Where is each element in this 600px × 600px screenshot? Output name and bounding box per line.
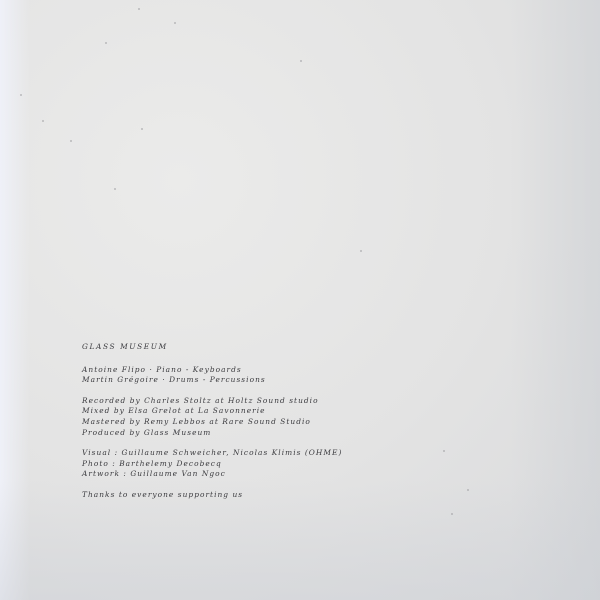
band-name: GLASS MUSEUM	[82, 342, 342, 353]
paper-speck	[70, 140, 72, 142]
production-credits: Recorded by Charles Stoltz at Holtz Soun…	[82, 396, 342, 438]
credit-line: Recorded by Charles Stoltz at Holtz Soun…	[82, 396, 342, 407]
credits-block: GLASS MUSEUM Antoine Flipo · Piano - Key…	[82, 342, 342, 501]
paper-speck	[300, 60, 302, 62]
album-back-cover: GLASS MUSEUM Antoine Flipo · Piano - Key…	[0, 0, 600, 600]
paper-speck	[443, 450, 445, 452]
credit-line: Mastered by Remy Lebbos at Rare Sound St…	[82, 417, 342, 428]
credit-line: Photo : Barthelemy Decobecq	[82, 459, 342, 470]
credit-line: Visual : Guillaume Schweicher, Nicolas K…	[82, 448, 342, 459]
paper-speck	[42, 120, 44, 122]
artwork-credits: Visual : Guillaume Schweicher, Nicolas K…	[82, 448, 342, 480]
paper-speck	[138, 8, 140, 10]
paper-speck	[451, 513, 453, 515]
paper-speck	[467, 489, 469, 491]
credit-line: Antoine Flipo · Piano - Keyboards	[82, 365, 342, 376]
credit-line: Artwork : Guillaume Van Ngoc	[82, 469, 342, 480]
paper-speck	[174, 22, 176, 24]
thanks-note: Thanks to everyone supporting us	[82, 490, 342, 501]
paper-speck	[20, 94, 22, 96]
paper-speck	[114, 188, 116, 190]
credit-line: Martin Grégoire · Drums - Percussions	[82, 375, 342, 386]
paper-speck	[105, 42, 107, 44]
paper-speck	[141, 128, 143, 130]
credit-line: Mixed by Elsa Grelot at La Savonnerie	[82, 406, 342, 417]
credit-line: Produced by Glass Museum	[82, 428, 342, 439]
musicians-credits: Antoine Flipo · Piano - Keyboards Martin…	[82, 365, 342, 386]
paper-speck	[360, 250, 362, 252]
